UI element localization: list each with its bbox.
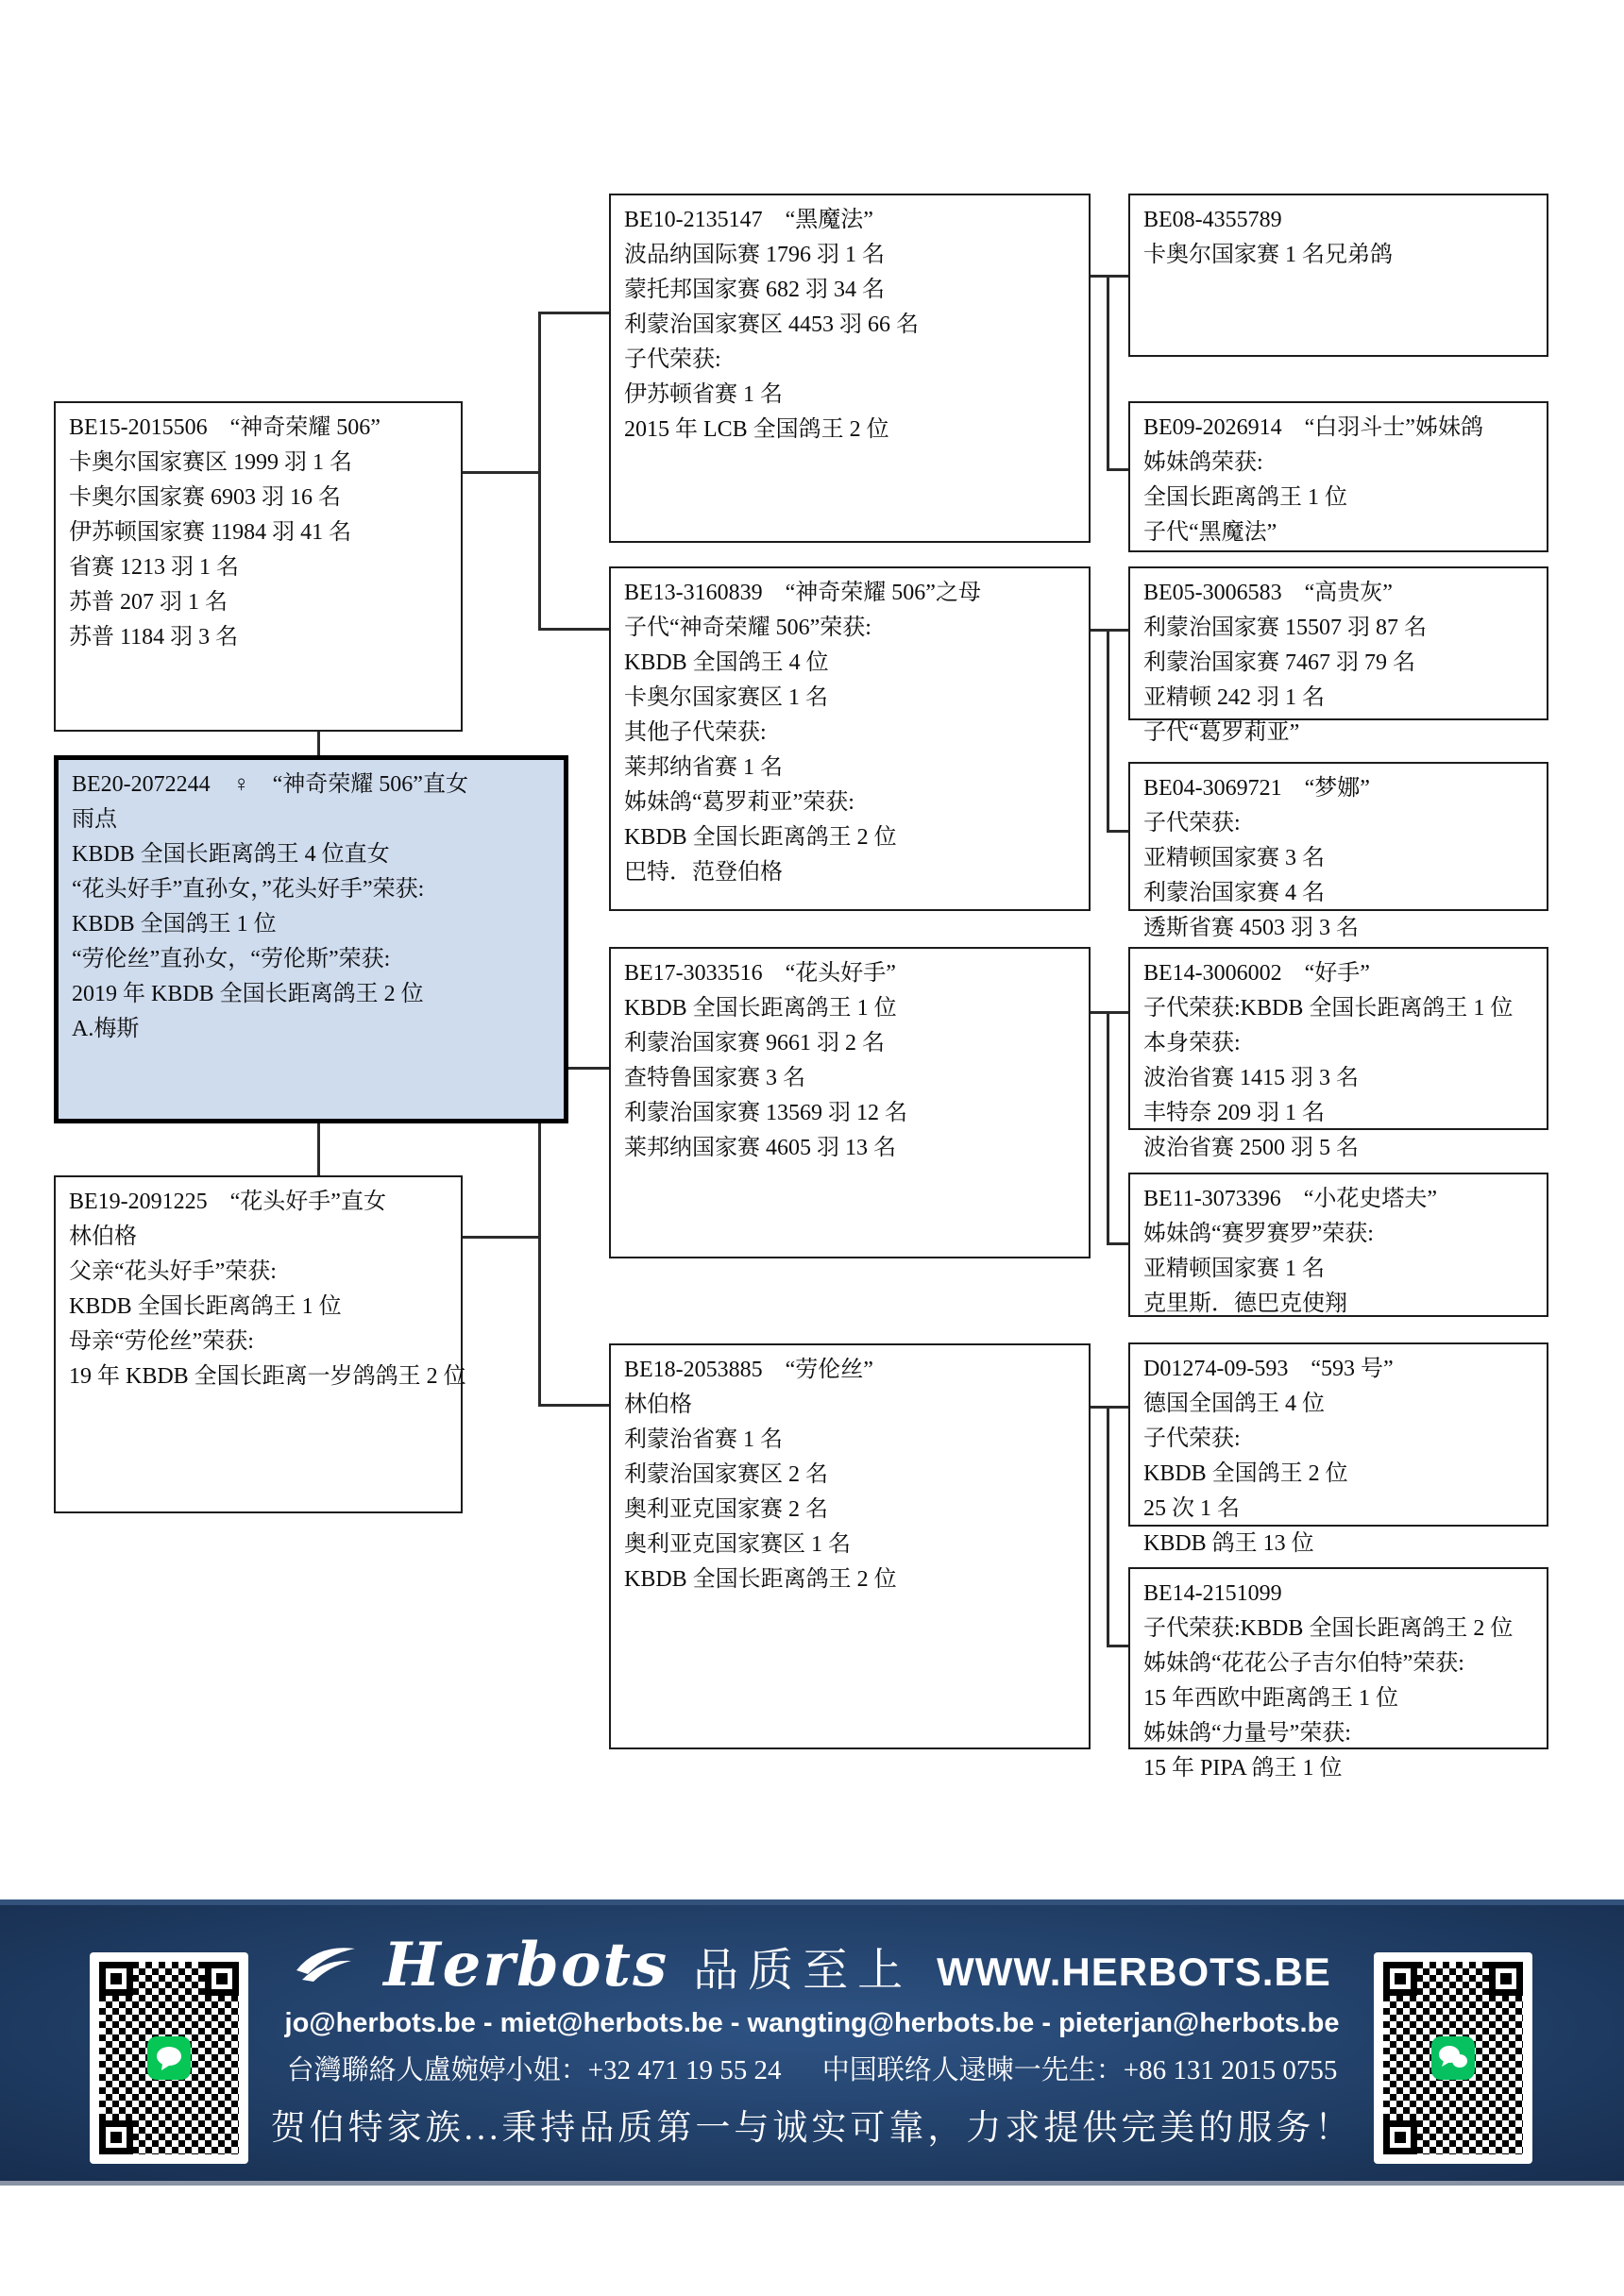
connector-line	[1107, 468, 1128, 471]
pedigree-line: KBDB 鸽王 13 位	[1143, 1527, 1535, 1562]
pigeon-id-title: BE11-3073396 “小花史塔夫”	[1143, 1182, 1535, 1217]
pedigree-line: 子代“黑魔法”	[1143, 515, 1535, 550]
qr-code-wechat	[1374, 1952, 1532, 2164]
qr-finder-icon	[99, 1962, 133, 1996]
footer-bottom-edge	[0, 2181, 1624, 2186]
pedigree-line: KBDB 全国长距离鸽王 1 位	[69, 1290, 449, 1325]
pedigree-box-be15-2015506: BE15-2015506 “神奇荣耀 506” 卡奥尔国家赛区 1999 羽 1…	[54, 401, 463, 732]
pigeon-id-title: BE04-3069721 “梦娜”	[1143, 771, 1535, 806]
pedigree-line: 亚精顿 242 羽 1 名	[1143, 681, 1535, 716]
pedigree-line: 林伯格	[624, 1388, 1077, 1423]
connector-line	[1091, 275, 1128, 278]
pedigree-box-be19-2091225: BE19-2091225 “花头好手”直女 林伯格 父亲“花头好手”荣获: KB…	[54, 1175, 463, 1513]
pedigree-line: A.梅斯	[72, 1012, 552, 1047]
pedigree-line: KBDB 全国鸽王 4 位	[624, 646, 1077, 681]
pedigree-line: 奥利亚克国家赛 2 名	[624, 1493, 1077, 1528]
pedigree-line: 15 年西欧中距离鸽王 1 位	[1143, 1681, 1535, 1716]
pedigree-line: 姊妹鸽“花花公子吉尔伯特”荣获:	[1143, 1646, 1535, 1681]
pigeon-id-title: BE20-2072244 ♀ “神奇荣耀 506”直女	[72, 768, 552, 802]
qr-pattern	[99, 1962, 239, 2154]
pedigree-line: 莱邦纳国家赛 4605 羽 13 名	[624, 1131, 1077, 1166]
connector-line	[1107, 275, 1109, 471]
pedigree-line: 子代荣获:	[1143, 1422, 1535, 1457]
footer-brand-row: Herbots 品质至上 WWW.HERBOTS.BE	[255, 1930, 1369, 2001]
pigeon-id-title: BE18-2053885 “劳伦丝”	[624, 1353, 1077, 1388]
pigeon-id-title: BE17-3033516 “花头好手”	[624, 956, 1077, 991]
connector-line	[538, 628, 609, 631]
pedigree-line: 利蒙治国家赛 4 名	[1143, 876, 1535, 911]
footer-contact-china: 中国联络人逯暕一先生：+86 131 2015 0755	[822, 2055, 1338, 2085]
pedigree-line: 卡奥尔国家赛区 1999 羽 1 名	[69, 446, 449, 481]
pedigree-line: 奥利亚克国家赛区 1 名	[624, 1528, 1077, 1562]
pedigree-line: 19 年 KBDB 全国长距离一岁鸽鸽王 2 位	[69, 1359, 449, 1394]
pedigree-line: 本身荣获:	[1143, 1026, 1535, 1061]
pigeon-id-title: D01274-09-593 “593 号”	[1143, 1352, 1535, 1387]
qr-pattern	[1383, 1962, 1523, 2154]
pedigree-line: 亚精顿国家赛 1 名	[1143, 1252, 1535, 1287]
pedigree-line: 亚精顿国家赛 3 名	[1143, 841, 1535, 876]
pedigree-line: 姊妹鸽“力量号”荣获:	[1143, 1716, 1535, 1751]
qr-finder-icon	[1489, 1962, 1523, 1996]
pedigree-box-be11-3073396: BE11-3073396 “小花史塔夫” 姊妹鸽“赛罗赛罗”荣获: 亚精顿国家赛…	[1128, 1173, 1548, 1317]
pedigree-line: 姊妹鸽“葛罗莉亚”荣获:	[624, 785, 1077, 820]
connector-line	[1107, 1242, 1128, 1245]
connector-line	[1091, 1406, 1128, 1409]
pedigree-page: BE15-2015506 “神奇荣耀 506” 卡奥尔国家赛区 1999 羽 1…	[0, 0, 1624, 2296]
herbots-logo: Herbots	[383, 1930, 668, 2001]
pedigree-line: 莱邦纳省赛 1 名	[624, 751, 1077, 785]
pedigree-line: 卡奥尔国家赛 6903 羽 16 名	[69, 481, 449, 515]
pedigree-line: 透斯省赛 4503 羽 3 名	[1143, 911, 1535, 946]
pedigree-line: 波治省赛 1415 羽 3 名	[1143, 1061, 1535, 1096]
pedigree-line: 子代荣获:KBDB 全国长距离鸽王 1 位	[1143, 991, 1535, 1026]
pedigree-line: 查特鲁国家赛 3 名	[624, 1061, 1077, 1096]
pedigree-box-be04-3069721: BE04-3069721 “梦娜” 子代荣获: 亚精顿国家赛 3 名 利蒙治国家…	[1128, 762, 1548, 911]
connector-line	[463, 1236, 540, 1239]
pigeon-id-title: BE08-4355789	[1143, 203, 1535, 238]
pedigree-line: 姊妹鸽“赛罗赛罗”荣获:	[1143, 1217, 1535, 1252]
qr-finder-icon	[99, 2120, 133, 2154]
pedigree-line: 2019 年 KBDB 全国长距离鸽王 2 位	[72, 977, 552, 1012]
connector-line	[538, 1404, 609, 1407]
connector-line	[463, 471, 540, 474]
pigeon-id-title: BE19-2091225 “花头好手”直女	[69, 1185, 449, 1220]
pedigree-box-be17-3033516: BE17-3033516 “花头好手” KBDB 全国长距离鸽王 1 位 利蒙治…	[609, 947, 1091, 1258]
pedigree-line: 父亲“花头好手”荣获:	[69, 1255, 449, 1290]
connector-line	[538, 312, 609, 314]
pedigree-line: 利蒙治国家赛 15507 羽 87 名	[1143, 611, 1535, 646]
pedigree-line: 其他子代荣获:	[624, 716, 1077, 751]
connector-line	[317, 732, 320, 757]
pedigree-box-be05-3006583: BE05-3006583 “高贵灰” 利蒙治国家赛 15507 羽 87 名 利…	[1128, 566, 1548, 720]
pedigree-box-be18-2053885: BE18-2053885 “劳伦丝” 林伯格 利蒙治省赛 1 名 利蒙治国家赛区…	[609, 1343, 1091, 1749]
pedigree-line: 全国长距离鸽王 1 位	[1143, 481, 1535, 515]
pedigree-line: 蒙托邦国家赛 682 羽 34 名	[624, 273, 1077, 308]
pedigree-line: 母亲“劳伦丝”荣获:	[69, 1325, 449, 1359]
pedigree-line: 2015 年 LCB 全国鸽王 2 位	[624, 413, 1077, 447]
connector-line	[317, 1122, 320, 1176]
pedigree-box-be13-3160839: BE13-3160839 “神奇荣耀 506”之母 子代“神奇荣耀 506”荣获…	[609, 566, 1091, 911]
footer-banner: Herbots 品质至上 WWW.HERBOTS.BE jo@herbots.b…	[0, 1899, 1624, 2181]
pedigree-line: 苏普 1184 羽 3 名	[69, 620, 449, 655]
pedigree-line: 利蒙治省赛 1 名	[624, 1423, 1077, 1458]
pedigree-line: 利蒙治国家赛区 4453 羽 66 名	[624, 308, 1077, 343]
pedigree-line: 苏普 207 羽 1 名	[69, 585, 449, 620]
pedigree-line: 波品纳国际赛 1796 羽 1 名	[624, 238, 1077, 273]
qr-finder-icon	[205, 1962, 239, 1996]
pedigree-line: “花头好手”直孙女，”花头好手”荣获:	[72, 872, 552, 907]
connector-line	[1107, 1011, 1109, 1245]
connector-line	[1107, 1645, 1128, 1647]
footer-contacts: 台灣聯絡人盧婉婷小姐：+32 471 19 55 24 中国联络人逯暕一先生：+…	[255, 2049, 1369, 2087]
connector-line	[538, 312, 541, 631]
pedigree-line: 子代“神奇荣耀 506”荣获:	[624, 611, 1077, 646]
pedigree-line: 子代荣获:KBDB 全国长距离鸽王 2 位	[1143, 1612, 1535, 1646]
pedigree-line: 利蒙治国家赛 13569 羽 12 名	[624, 1096, 1077, 1131]
connector-line	[1107, 1406, 1109, 1647]
pedigree-line: KBDB 全国长距离鸽王 4 位直女	[72, 837, 552, 872]
pedigree-line: KBDB 全国鸽王 1 位	[72, 907, 552, 942]
pedigree-box-be14-2151099: BE14-2151099 子代荣获:KBDB 全国长距离鸽王 2 位 姊妹鸽“花…	[1128, 1567, 1548, 1749]
pigeon-id-title: BE09-2026914 “白羽斗士”姊妹鸽	[1143, 411, 1535, 446]
pedigree-line: 卡奥尔国家赛 1 名兄弟鸽	[1143, 238, 1535, 273]
pigeon-id-title: BE10-2135147 “黑魔法”	[624, 203, 1077, 238]
pedigree-box-be10-2135147: BE10-2135147 “黑魔法” 波品纳国际赛 1796 羽 1 名 蒙托邦…	[609, 194, 1091, 543]
qr-finder-icon	[1383, 2120, 1417, 2154]
line-icon	[147, 2036, 191, 2080]
pigeon-id-title: BE05-3006583 “高贵灰”	[1143, 576, 1535, 611]
footer-slogan: 贺伯特家族...秉持品质第一与诚实可靠，力求提供完美的服务！	[255, 2099, 1369, 2150]
connector-line	[1091, 629, 1128, 632]
pedigree-line: 子代荣获:	[1143, 806, 1535, 841]
pedigree-line: 15 年 PIPA 鸽王 1 位	[1143, 1751, 1535, 1786]
pedigree-line: 克里斯．德巴克使翔	[1143, 1287, 1535, 1322]
pedigree-line: 利蒙治国家赛 7467 羽 79 名	[1143, 646, 1535, 681]
pedigree-line: KBDB 全国长距离鸽王 2 位	[624, 820, 1077, 855]
pigeon-id-title: BE14-2151099	[1143, 1577, 1535, 1612]
pedigree-line: KBDB 全国长距离鸽王 1 位	[624, 991, 1077, 1026]
pedigree-line: 伊苏顿国家赛 11984 羽 41 名	[69, 515, 449, 550]
wechat-icon	[1431, 2036, 1475, 2080]
pedigree-line: 林伯格	[69, 1220, 449, 1255]
footer-email-links[interactable]: jo@herbots.be - miet@herbots.be - wangti…	[255, 2008, 1369, 2039]
pedigree-line: 子代荣获:	[624, 343, 1077, 378]
pedigree-line: 德国全国鸽王 4 位	[1143, 1387, 1535, 1422]
wing-icon	[293, 1942, 359, 1988]
connector-line	[1091, 1011, 1128, 1014]
pedigree-box-d01274-09-593: D01274-09-593 “593 号” 德国全国鸽王 4 位 子代荣获: K…	[1128, 1342, 1548, 1527]
pedigree-line: 丰特奈 209 羽 1 名	[1143, 1096, 1535, 1131]
pedigree-line: 卡奥尔国家赛区 1 名	[624, 681, 1077, 716]
pigeon-id-title: BE14-3006002 “好手”	[1143, 956, 1535, 991]
footer-website-link[interactable]: WWW.HERBOTS.BE	[937, 1950, 1331, 1995]
pedigree-line: 25 次 1 名	[1143, 1492, 1535, 1527]
qr-finder-icon	[1383, 1962, 1417, 1996]
pedigree-box-subject-be20-2072244: BE20-2072244 ♀ “神奇荣耀 506”直女 雨点 KBDB 全国长距…	[54, 755, 568, 1123]
pedigree-line: KBDB 全国鸽王 2 位	[1143, 1457, 1535, 1492]
footer-tagline: 品质至上	[693, 1933, 912, 1999]
pedigree-line: “劳伦丝”直孙女，“劳伦斯”荣获:	[72, 942, 552, 977]
pedigree-line: 伊苏顿省赛 1 名	[624, 378, 1077, 413]
pigeon-id-title: BE15-2015506 “神奇荣耀 506”	[69, 411, 449, 446]
pedigree-line: 利蒙治国家赛区 2 名	[624, 1458, 1077, 1493]
footer-contact-taiwan: 台灣聯絡人盧婉婷小姐：+32 471 19 55 24	[287, 2055, 782, 2085]
pedigree-line: 波治省赛 2500 羽 5 名	[1143, 1131, 1535, 1166]
connector-line	[1107, 629, 1109, 833]
pedigree-line: 巴特．范登伯格	[624, 855, 1077, 890]
pedigree-line: KBDB 全国长距离鸽王 2 位	[624, 1562, 1077, 1597]
pedigree-box-be08-4355789: BE08-4355789 卡奥尔国家赛 1 名兄弟鸽	[1128, 194, 1548, 357]
pedigree-line: 子代“葛罗莉亚”	[1143, 716, 1535, 751]
pigeon-id-title: BE13-3160839 “神奇荣耀 506”之母	[624, 576, 1077, 611]
pedigree-line: 利蒙治国家赛 9661 羽 2 名	[624, 1026, 1077, 1061]
pedigree-line: 姊妹鸽荣获:	[1143, 446, 1535, 481]
qr-code-line	[90, 1952, 248, 2164]
pedigree-line: 雨点	[72, 802, 552, 837]
pedigree-box-be09-2026914: BE09-2026914 “白羽斗士”姊妹鸽 姊妹鸽荣获: 全国长距离鸽王 1 …	[1128, 401, 1548, 552]
pedigree-box-be14-3006002: BE14-3006002 “好手” 子代荣获:KBDB 全国长距离鸽王 1 位 …	[1128, 947, 1548, 1130]
connector-line	[1107, 830, 1128, 833]
pedigree-line: 省赛 1213 羽 1 名	[69, 550, 449, 585]
